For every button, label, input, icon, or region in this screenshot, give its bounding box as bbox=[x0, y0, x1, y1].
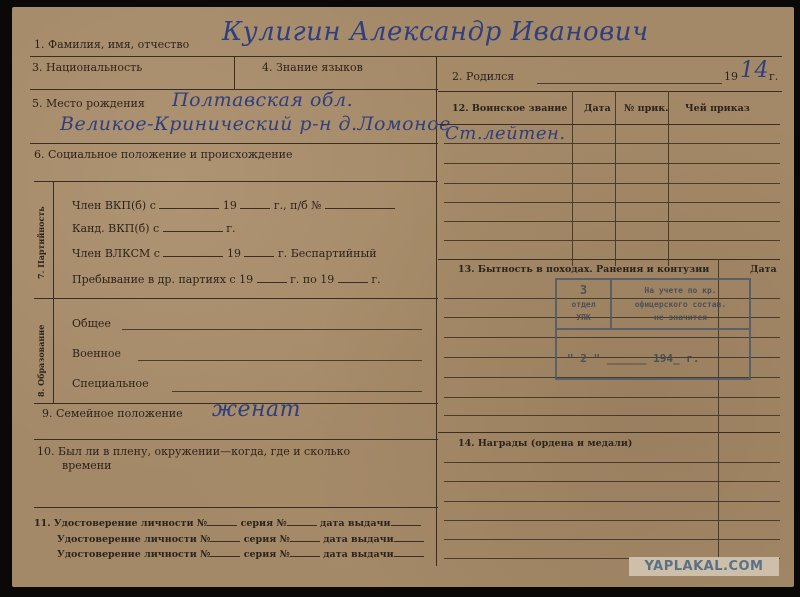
field13-label: 13. Бытность в походах. Ранения и контуз… bbox=[458, 264, 709, 275]
party-line3: Член ВЛКСМ с 19 г. Беспартийный bbox=[72, 247, 377, 260]
field13-date-header: Дата bbox=[750, 264, 777, 275]
rank-header: 12. Воинское звание bbox=[452, 103, 567, 114]
id-row-2: Удостоверение личности № серия № дата вы… bbox=[57, 533, 424, 545]
education-military-label: Военное bbox=[72, 347, 121, 360]
field5-label: 5. Место рождения bbox=[32, 97, 145, 110]
field4-label: 4. Знание языков bbox=[262, 61, 363, 74]
personnel-record-card: 1. Фамилия, имя, отчество Кулигин Алекса… bbox=[12, 7, 794, 587]
field3-label: 3. Национальность bbox=[32, 61, 142, 74]
marital-status-value: женат bbox=[212, 397, 301, 422]
field2-label: 2. Родился bbox=[452, 70, 514, 83]
field9-label: 9. Семейное положение bbox=[42, 407, 183, 420]
education-special-label: Специальное bbox=[72, 377, 149, 390]
date-header: Дата bbox=[584, 103, 611, 114]
birthplace-line1: Полтавская обл. bbox=[172, 89, 353, 111]
registration-stamp: 3 отдел УПК На учете по кр. офицерского … bbox=[555, 278, 751, 380]
field10-label-line1: 10. Был ли в плену, окружении—когда, где… bbox=[37, 445, 350, 458]
birth-year-value: 14 bbox=[740, 58, 769, 83]
education-general-label: Общее bbox=[72, 317, 111, 330]
birth-year-suffix: г. bbox=[769, 70, 778, 83]
party-line1: Член ВКП(б) с 19 г., п/б № bbox=[72, 199, 395, 212]
field6-label: 6. Социальное положение и происхождение bbox=[34, 148, 293, 161]
field8-side-label: 8. Образование bbox=[36, 325, 46, 397]
field10-label-line2: времени bbox=[62, 459, 111, 472]
order-no-header: № прик. bbox=[624, 103, 668, 114]
rank-value: Ст.лейтен. bbox=[445, 123, 566, 144]
party-line2: Канд. ВКП(б) с г. bbox=[72, 222, 236, 235]
field1-label: 1. Фамилия, имя, отчество bbox=[34, 38, 189, 51]
whose-order-header: Чей приказ bbox=[685, 103, 750, 114]
birth-year-prefix: 19 bbox=[724, 70, 738, 83]
party-line4: Пребывание в др. партиях с 19 г. по 19 г… bbox=[72, 273, 381, 286]
field7-side-label: 7. Партийность bbox=[36, 206, 46, 279]
id-row-3: Удостоверение личности № серия № дата вы… bbox=[57, 548, 424, 560]
field14-label: 14. Награды (ордена и медали) bbox=[458, 438, 632, 449]
birthplace-line2: Великое-Кринический р-н д.Ломоное bbox=[60, 113, 451, 135]
id-row-1: 11. Удостоверение личности № серия № дат… bbox=[34, 517, 421, 529]
watermark: YAPLAKAL.COM bbox=[629, 557, 779, 576]
full-name-value: Кулигин Александр Иванович bbox=[222, 17, 649, 47]
